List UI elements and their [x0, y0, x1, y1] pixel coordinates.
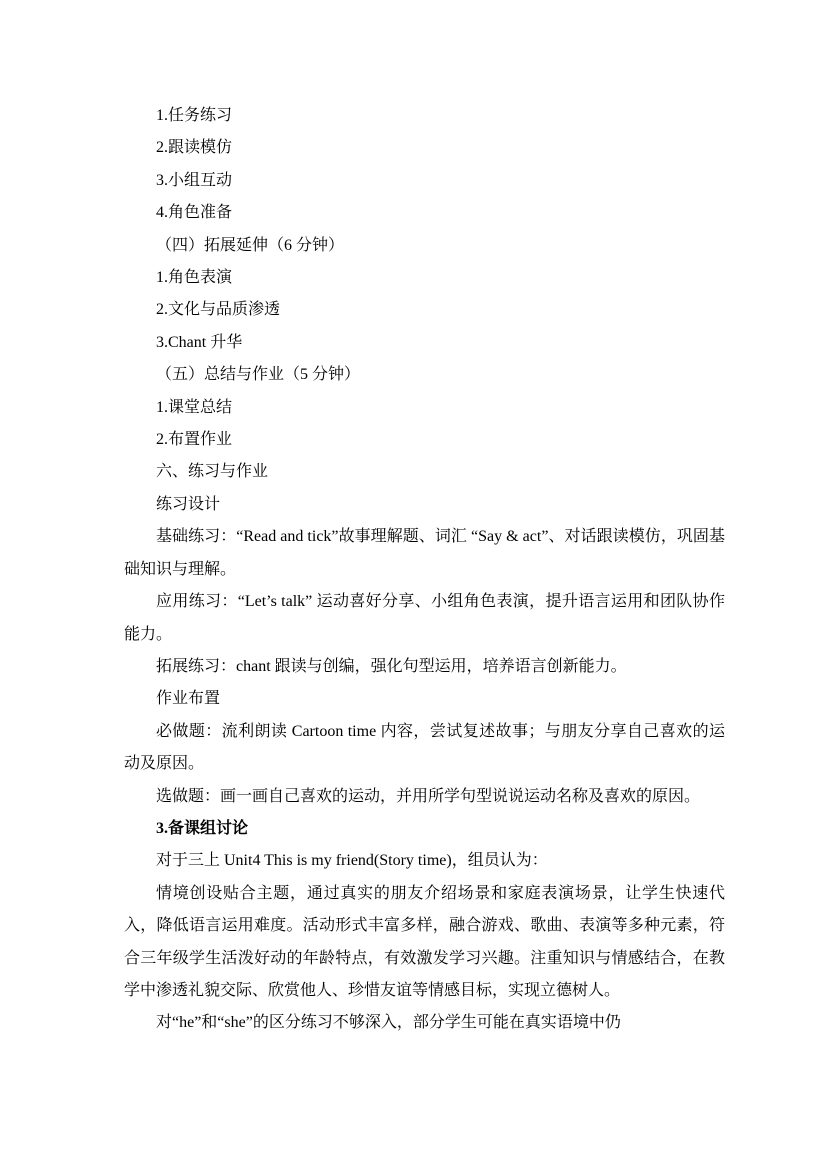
paragraph: 2.布置作业	[124, 424, 725, 456]
paragraph: 2.文化与品质渗透	[124, 294, 725, 326]
paragraph: 基础练习：“Read and tick”故事理解题、词汇 “Say & act”…	[124, 521, 725, 586]
paragraph: 情境创设贴合主题，通过真实的朋友介绍场景和家庭表演场景，让学生快速代入，降低语言…	[124, 878, 725, 1008]
paragraph: 1.任务练习	[124, 100, 725, 132]
section-heading: 3.备课组讨论	[124, 813, 725, 845]
document-body: 1.任务练习2.跟读模仿3.小组互动4.角色准备（四）拓展延伸（6 分钟）1.角…	[124, 100, 725, 1040]
paragraph: 4.角色准备	[124, 197, 725, 229]
paragraph: 对于三上 Unit4 This is my friend(Story time)…	[124, 845, 725, 877]
paragraph: （五）总结与作业（5 分钟）	[124, 359, 725, 391]
paragraph: 应用练习：“Let’s talk” 运动喜好分享、小组角色表演，提升语言运用和团…	[124, 586, 725, 651]
paragraph: 六、练习与作业	[124, 456, 725, 488]
document-page: 1.任务练习2.跟读模仿3.小组互动4.角色准备（四）拓展延伸（6 分钟）1.角…	[0, 0, 827, 1170]
paragraph: 1.课堂总结	[124, 392, 725, 424]
paragraph: 选做题：画一画自己喜欢的运动，并用所学句型说说运动名称及喜欢的原因。	[124, 781, 725, 813]
paragraph: 拓展练习：chant 跟读与创编，强化句型运用，培养语言创新能力。	[124, 651, 725, 683]
paragraph: 3.小组互动	[124, 165, 725, 197]
paragraph: 1.角色表演	[124, 262, 725, 294]
paragraph: 练习设计	[124, 489, 725, 521]
paragraph: 作业布置	[124, 683, 725, 715]
paragraph: （四）拓展延伸（6 分钟）	[124, 230, 725, 262]
paragraph: 2.跟读模仿	[124, 132, 725, 164]
paragraph: 对“he”和“she”的区分练习不够深入，部分学生可能在真实语境中仍	[124, 1007, 725, 1039]
paragraph: 3.Chant 升华	[124, 327, 725, 359]
paragraph: 必做题：流利朗读 Cartoon time 内容，尝试复述故事；与朋友分享自己喜…	[124, 716, 725, 781]
